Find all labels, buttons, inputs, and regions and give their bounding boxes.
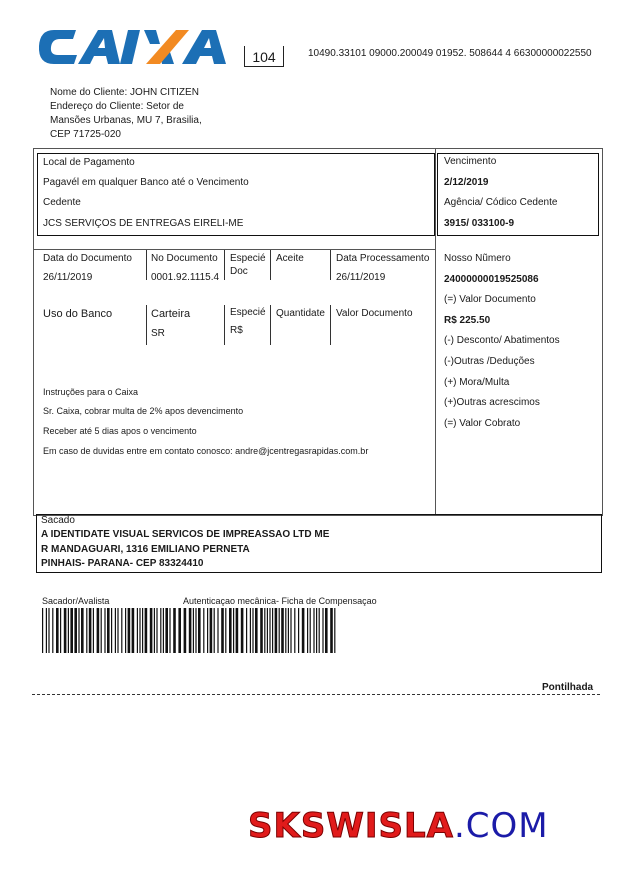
vencimento-label: Vencimento bbox=[444, 156, 496, 168]
especie-doc-label: Especié bbox=[230, 253, 266, 265]
nosso-numero-label: Nosso Nũmero bbox=[444, 253, 511, 265]
digitable-line: 10490.33101 09000.200049 01952. 508644 4… bbox=[308, 48, 592, 60]
uso-banco-label: Uso do Banco bbox=[43, 308, 112, 320]
pontilhada-label: Pontilhada bbox=[542, 682, 593, 693]
cedente-label: Cedente bbox=[43, 197, 81, 209]
agencia-value: 3915/ 033100-9 bbox=[444, 218, 514, 230]
watermark: SKSWISLA.COM bbox=[248, 806, 549, 846]
client-address-2: Mansões Urbanas, MU 7, Brasilia, bbox=[50, 114, 250, 128]
client-address-3: CEP 71725-020 bbox=[50, 128, 250, 142]
instructions-title: Instruções para o Caixa bbox=[43, 386, 138, 398]
client-address-1: Endereço do Cliente: Setor de bbox=[50, 100, 250, 114]
col-divider bbox=[146, 305, 147, 345]
watermark-name: SKSWISLA bbox=[248, 806, 454, 846]
cut-line bbox=[32, 694, 600, 695]
autenticacao-label: Autenticaçao mecânica- Ficha de Compensa… bbox=[183, 595, 377, 607]
no-documento-value: 0001.92.1115.4 bbox=[151, 272, 219, 284]
no-documento-label: No Documento bbox=[151, 253, 218, 265]
col-divider bbox=[270, 305, 271, 345]
instruction-line: Em caso de duvidas entre em contato cono… bbox=[43, 445, 368, 457]
col-divider bbox=[270, 250, 271, 280]
col-divider bbox=[146, 250, 147, 280]
nosso-numero-value: 24000000019525086 bbox=[444, 274, 539, 286]
col-divider bbox=[224, 250, 225, 280]
especie-doc-label-2: Doc bbox=[230, 266, 248, 278]
valor-cobrado-label: (=) Valor Cobrato bbox=[444, 418, 520, 430]
col-divider bbox=[330, 305, 331, 345]
agencia-label: Agência/ Códico Cedente bbox=[444, 197, 557, 209]
mora-multa-label: (+) Mora/Multa bbox=[444, 377, 509, 389]
vencimento-value: 2/12/2019 bbox=[444, 177, 489, 189]
local-pagamento-label: Local de Pagamento bbox=[43, 157, 135, 169]
bank-code: 104 bbox=[244, 46, 284, 67]
sacador-label: Sacador/Avalista bbox=[42, 595, 109, 607]
sacado-label: Sacado bbox=[41, 515, 75, 527]
sacado-name: A IDENTIDATE VISUAL SERVICOS DE IMPREASS… bbox=[41, 529, 329, 541]
client-info: Nome do Cliente: JOHN CITIZEN Endereço d… bbox=[50, 86, 250, 142]
carteira-value: SR bbox=[151, 328, 165, 340]
client-name: Nome do Cliente: JOHN CITIZEN bbox=[50, 86, 250, 100]
col-divider bbox=[224, 305, 225, 345]
data-processamento-label: Data Processamento bbox=[336, 253, 429, 265]
carteira-label: Carteira bbox=[151, 308, 190, 320]
data-documento-label: Data do Documento bbox=[43, 253, 132, 265]
quantidade-label: Quantidate bbox=[276, 308, 325, 320]
data-documento-value: 26/11/2019 bbox=[43, 272, 92, 284]
especie-value: R$ bbox=[230, 325, 243, 337]
instruction-line: Sr. Caixa, cobrar multa de 2% apos deven… bbox=[43, 405, 243, 417]
especie-label: Especié bbox=[230, 307, 266, 319]
barcode bbox=[40, 608, 340, 653]
caixa-logo bbox=[36, 22, 232, 72]
data-processamento-value: 26/11/2019 bbox=[336, 272, 385, 284]
valor-documento-right-label: (=) Valor Documento bbox=[444, 294, 536, 306]
col-divider bbox=[330, 250, 331, 280]
sacado-city: PINHAIS- PARANA- CEP 83324410 bbox=[41, 558, 203, 570]
column-divider bbox=[435, 148, 436, 514]
watermark-domain: .COM bbox=[454, 806, 549, 846]
sacado-address: R MANDAGUARI, 1316 EMILIANO PERNETA bbox=[41, 544, 250, 556]
valor-documento-label: Valor Documento bbox=[336, 308, 413, 320]
aceite-label: Aceite bbox=[276, 253, 304, 265]
row-divider bbox=[33, 249, 435, 250]
local-pagamento-value: Pagavél em qualquer Banco até o Vencimen… bbox=[43, 177, 249, 189]
valor-documento-right-value: R$ 225.50 bbox=[444, 315, 490, 327]
outras-deducoes-label: (-)Outras /Deduções bbox=[444, 356, 535, 368]
outros-acrescimos-label: (+)Outras acrescimos bbox=[444, 397, 540, 409]
desconto-label: (-) Desconto/ Abatimentos bbox=[444, 335, 560, 347]
instruction-line: Receber até 5 dias apos o vencimento bbox=[43, 425, 197, 437]
cedente-value: JCS SERVIÇOS DE ENTREGAS EIRELI-ME bbox=[43, 218, 243, 230]
